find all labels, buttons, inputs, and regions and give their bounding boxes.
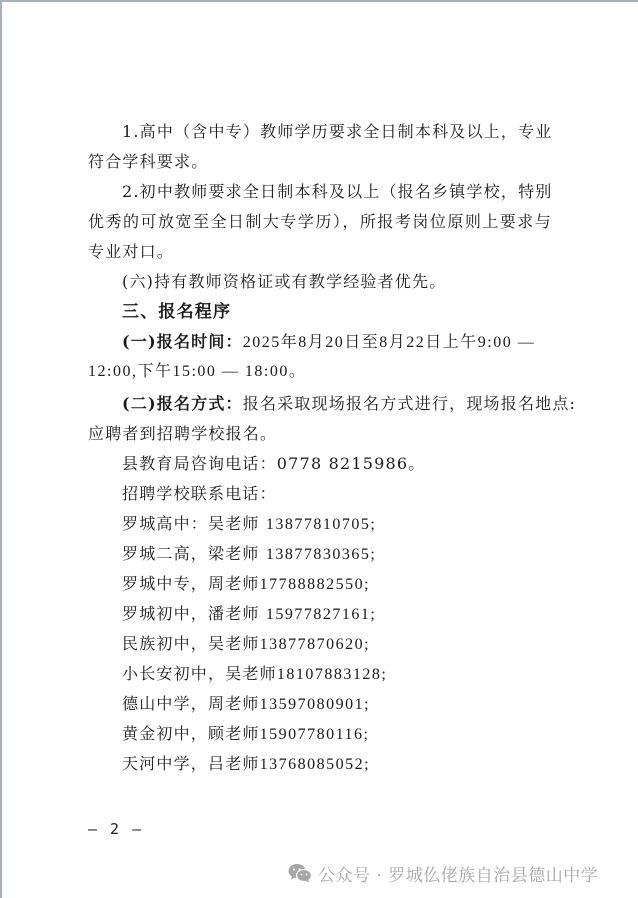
contact-school: 德山中学， — [122, 694, 208, 713]
contact-phone: 17788882550; — [260, 576, 370, 593]
requirement-6: (六)持有教师资格证或有教学经验者优先。 — [122, 272, 447, 292]
contact-item: 罗城初中，潘老师 15977827161; — [122, 604, 376, 624]
contact-school: 罗城中专， — [122, 574, 208, 593]
requirement-2-line-3: 专业对口。 — [88, 242, 174, 262]
registration-time-line-1: (一)报名时间：2025年8月20日至8月22日上午9:00 — — [122, 332, 535, 352]
contact-teacher: 梁老师 — [208, 544, 260, 563]
contact-item: 罗城高中：吴老师 13877810705; — [122, 514, 376, 534]
registration-time-label: (一)报名时间： — [122, 332, 243, 351]
page-number: — 2 — — [88, 820, 143, 838]
requirement-2-line-1: 2.初中教师要求全日制本科及以上（报名乡镇学校，特别 — [122, 182, 552, 202]
wechat-icon — [288, 863, 312, 883]
contact-teacher: 吴老师 — [225, 664, 277, 683]
section-heading-registration: 三、报名程序 — [122, 302, 231, 322]
registration-method-value: 报名采取现场报名方式进行，现场报名地点: — [243, 394, 576, 413]
contact-school: 罗城二高， — [122, 544, 208, 563]
registration-method-label: (二)报名方式： — [122, 394, 243, 413]
contact-phone: 13877830365; — [266, 546, 376, 563]
school-contacts-heading: 招聘学校联系电话： — [122, 484, 277, 504]
watermark-text: 公众号 · 罗城仫佬族自治县德山中学 — [318, 861, 598, 886]
requirement-1-line-2: 符合学科要求。 — [88, 152, 208, 172]
contact-teacher: 周老师 — [208, 694, 260, 713]
contact-item: 民族初中，吴老师13877870620; — [122, 634, 370, 654]
contact-phone: 13768085052; — [260, 756, 370, 773]
registration-time-line-2: 12:00,下午15:00 — 18:00。 — [88, 362, 306, 382]
contact-item: 罗城中专，周老师17788882550; — [122, 574, 370, 594]
contact-teacher: 吕老师 — [208, 754, 260, 773]
contact-teacher: 顾老师 — [208, 724, 260, 743]
requirement-1-line-1: 1.高中（含中专）教师学历要求全日制本科及以上，专业 — [122, 122, 552, 142]
contact-school: 天河中学， — [122, 754, 208, 773]
contact-school: 罗城高中： — [122, 514, 208, 533]
contact-phone: 15907780116; — [260, 726, 370, 743]
contact-phone: 18107883128; — [277, 666, 387, 683]
registration-time-value: 2025年8月20日至8月22日上午9:00 — — [243, 334, 535, 351]
requirement-2-line-2: 优秀的可放宽至全日制大专学历），所报考岗位原则上要求与 — [88, 212, 552, 232]
contact-item: 罗城二高，梁老师 13877830365; — [122, 544, 376, 564]
document-page: 1.高中（含中专）教师学历要求全日制本科及以上，专业 符合学科要求。 2.初中教… — [0, 0, 638, 898]
contact-item: 天河中学，吕老师13768085052; — [122, 754, 370, 774]
contact-phone: 13877870620; — [260, 636, 370, 653]
contact-school: 黄金初中， — [122, 724, 208, 743]
registration-method-line-1: (二)报名方式：报名采取现场报名方式进行，现场报名地点: — [122, 394, 576, 414]
contact-item: 小长安初中，吴老师18107883128; — [122, 664, 387, 684]
education-bureau-phone: 县教育局咨询电话：0778 8215986。 — [122, 454, 425, 474]
contact-teacher: 吴老师 — [208, 514, 260, 533]
contact-phone: 13597080901; — [260, 696, 370, 713]
contact-teacher: 周老师 — [208, 574, 260, 593]
contact-item: 德山中学，周老师13597080901; — [122, 694, 370, 714]
wechat-watermark: 公众号 · 罗城仫佬族自治县德山中学 — [288, 860, 598, 886]
contact-phone: 13877810705; — [266, 516, 376, 533]
contact-item: 黄金初中，顾老师15907780116; — [122, 724, 369, 744]
contact-teacher: 吴老师 — [208, 634, 260, 653]
registration-method-line-2: 应聘者到招聘学校报名。 — [88, 424, 277, 444]
contact-school: 罗城初中， — [122, 604, 208, 623]
contact-phone: 15977827161; — [266, 606, 376, 623]
contact-school: 小长安初中， — [122, 664, 225, 683]
contact-school: 民族初中， — [122, 634, 208, 653]
contact-teacher: 潘老师 — [208, 604, 260, 623]
